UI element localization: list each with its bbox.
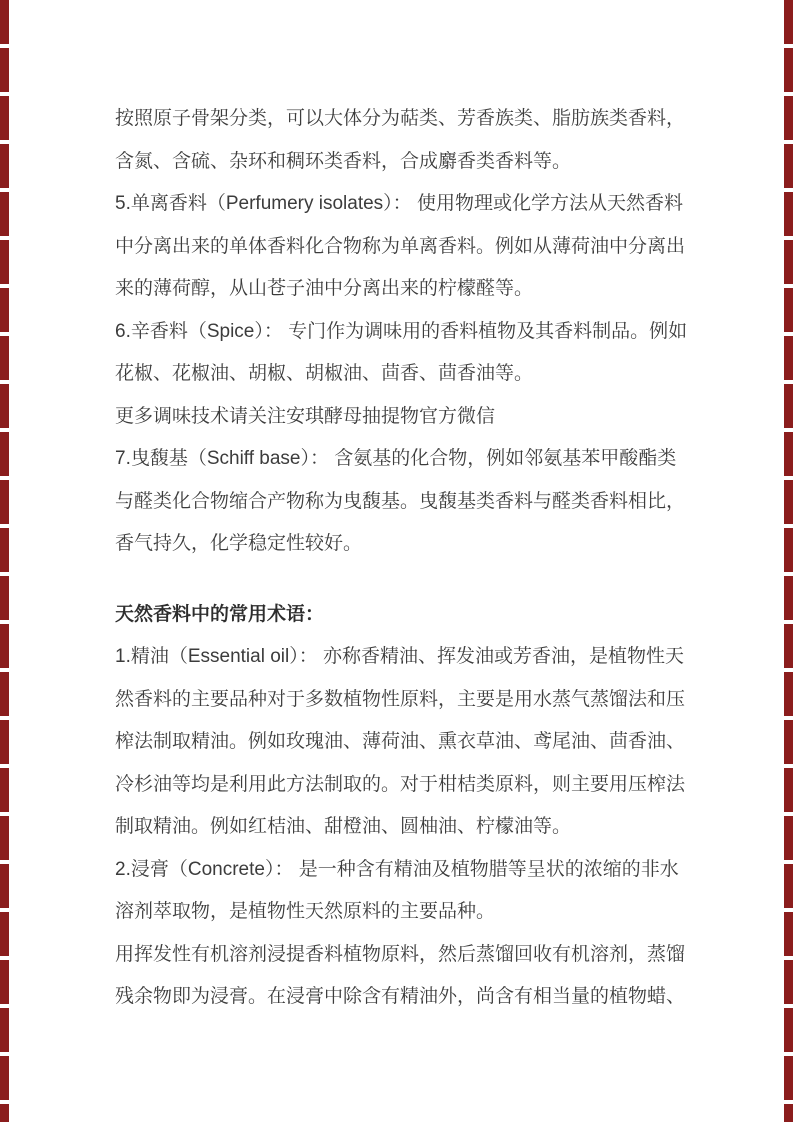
text-line: 香气持久，化学稳定性较好。: [115, 523, 695, 566]
text-line: 5.单离香料（Perfumery isolates）： 使用物理或化学方法从天然…: [115, 183, 695, 226]
text-line: 溶剂萃取物，是植物性天然原料的主要品种。: [115, 891, 695, 934]
text-line: 更多调味技术请关注安琪酵母抽提物官方微信: [115, 396, 695, 439]
text-line: 1.精油（Essential oil）： 亦称香精油、挥发油或芳香油，是植物性天: [115, 636, 695, 679]
left-accent-bar: [0, 0, 9, 1122]
text-line: 花椒、花椒油、胡椒、胡椒油、茴香、茴香油等。: [115, 353, 695, 396]
text-line: 按照原子骨架分类，可以大体分为萜类、芳香族类、脂肪族类香料，: [115, 98, 695, 141]
text-line: 用挥发性有机溶剂浸提香料植物原料，然后蒸馏回收有机溶剂，蒸馏: [115, 934, 695, 977]
text-line: 冷杉油等均是利用此方法制取的。对于柑桔类原料，则主要用压榨法: [115, 764, 695, 807]
text-line: 制取精油。例如红桔油、甜橙油、圆柚油、柠檬油等。: [115, 806, 695, 849]
text-line: 7.曳馥基（Schiff base）： 含氨基的化合物，例如邻氨基苯甲酸酯类: [115, 438, 695, 481]
text-line: 然香料的主要品种对于多数植物性原料，主要是用水蒸气蒸馏法和压: [115, 679, 695, 722]
text-line: 6.辛香料（Spice）： 专门作为调味用的香料植物及其香料制品。例如: [115, 311, 695, 354]
text-line: 残余物即为浸膏。在浸膏中除含有精油外，尚含有相当量的植物蜡、: [115, 976, 695, 1019]
section-heading: 天然香料中的常用术语：: [115, 594, 695, 637]
text-line: 中分离出来的单体香料化合物称为单离香料。例如从薄荷油中分离出: [115, 226, 695, 269]
text-line: 来的薄荷醇，从山苍子油中分离出来的柠檬醛等。: [115, 268, 695, 311]
text-line: 2.浸膏（Concrete）： 是一种含有精油及植物腊等呈状的浓缩的非水: [115, 849, 695, 892]
document-page: 按照原子骨架分类，可以大体分为萜类、芳香族类、脂肪族类香料，含氮、含硫、杂环和稠…: [0, 0, 793, 1122]
text-line: 含氮、含硫、杂环和稠环类香料，合成麝香类香料等。: [115, 141, 695, 184]
text-line: 榨法制取精油。例如玫瑰油、薄荷油、熏衣草油、鸢尾油、茴香油、: [115, 721, 695, 764]
document-body: 按照原子骨架分类，可以大体分为萜类、芳香族类、脂肪族类香料，含氮、含硫、杂环和稠…: [115, 98, 695, 1019]
right-accent-bar: [784, 0, 793, 1122]
text-line: 与醛类化合物缩合产物称为曳馥基。曳馥基类香料与醛类香料相比，: [115, 481, 695, 524]
